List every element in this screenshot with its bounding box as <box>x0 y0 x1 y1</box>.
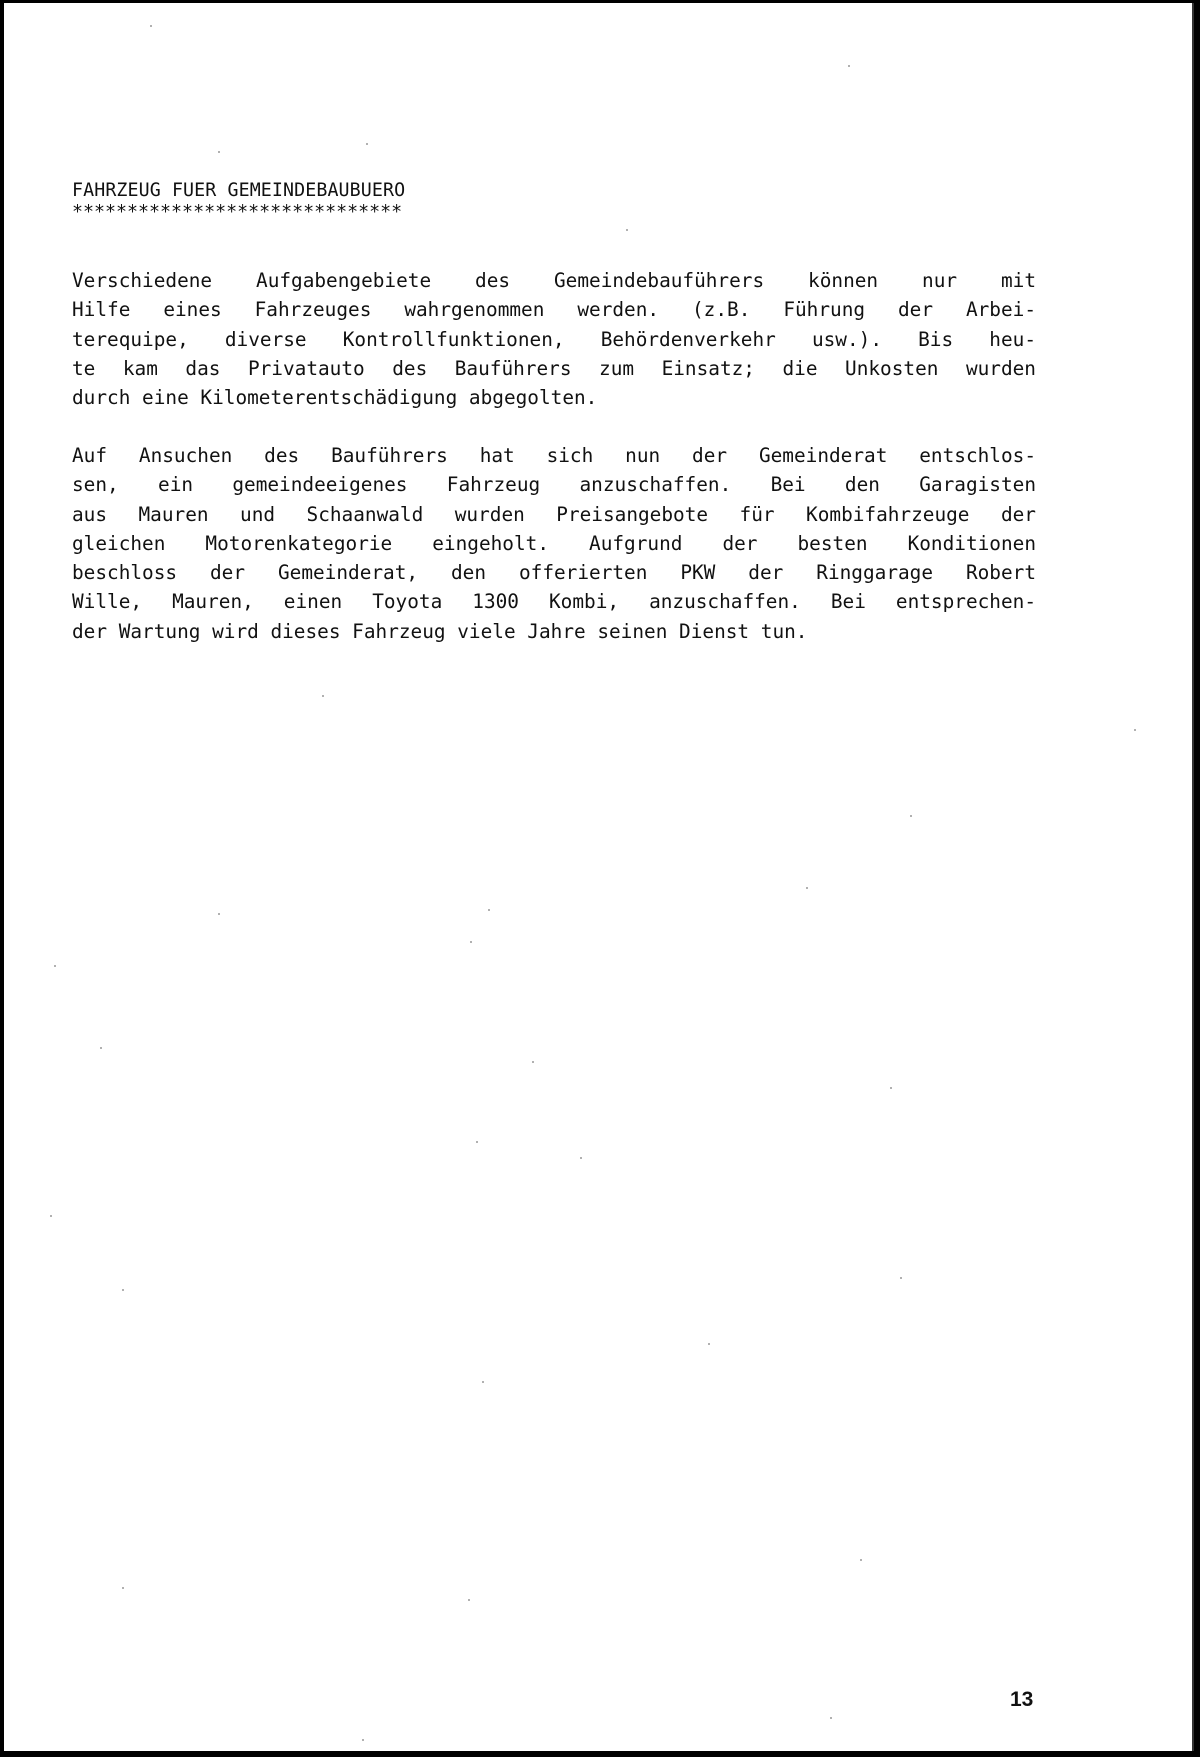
scan-speck <box>806 887 808 889</box>
paragraph-1: Verschiedene Aufgabengebiete des Gemeind… <box>72 266 1036 412</box>
scan-speck <box>468 1599 470 1601</box>
text-line: Wille, Mauren, einen Toyota 1300 Kombi, … <box>72 587 1036 616</box>
scan-speck <box>532 1061 534 1063</box>
scan-speck <box>218 913 220 915</box>
scan-speck <box>218 151 220 153</box>
text-line: beschloss der Gemeinderat, den offeriert… <box>72 558 1036 587</box>
text-line: der Wartung wird dieses Fahrzeug viele J… <box>72 617 1036 646</box>
scan-speck <box>50 1215 52 1217</box>
scan-speck <box>122 1289 124 1291</box>
scan-speck <box>1134 729 1136 731</box>
scan-speck <box>150 25 152 27</box>
scan-speck <box>482 1381 484 1383</box>
text-line: Hilfe eines Fahrzeuges wahrgenommen werd… <box>72 295 1036 324</box>
scan-speck <box>626 229 628 231</box>
scan-speck <box>54 965 56 967</box>
scan-speck <box>900 1277 902 1279</box>
scan-speck <box>476 1141 478 1143</box>
scan-speck <box>470 941 472 943</box>
scan-speck <box>708 1343 710 1345</box>
scan-speck <box>910 815 912 817</box>
scan-speck <box>100 1047 102 1049</box>
text-line: te kam das Privatauto des Bauführers zum… <box>72 354 1036 383</box>
scan-speck <box>362 1739 364 1741</box>
text-line: terequipe, diverse Kontrollfunktionen, B… <box>72 325 1036 354</box>
text-line: sen, ein gemeindeeigenes Fahrzeug anzusc… <box>72 470 1036 499</box>
text-line: Auf Ansuchen des Bauführers hat sich nun… <box>72 441 1036 470</box>
text-line: aus Mauren und Schaanwald wurden Preisan… <box>72 500 1036 529</box>
scan-speck <box>488 909 490 911</box>
text-line: gleichen Motorenkategorie eingeholt. Auf… <box>72 529 1036 558</box>
heading-underline: ****************************** <box>72 203 402 223</box>
scan-speck <box>860 1559 862 1561</box>
text-line: durch eine Kilometerentschädigung abgego… <box>72 383 1036 412</box>
paragraph-2: Auf Ansuchen des Bauführers hat sich nun… <box>72 441 1036 646</box>
text-line: Verschiedene Aufgabengebiete des Gemeind… <box>72 266 1036 295</box>
page-number: 13 <box>1010 1688 1033 1712</box>
scan-speck <box>830 1717 832 1719</box>
scan-speck <box>122 1587 124 1589</box>
scan-speck <box>322 695 324 697</box>
scan-speck <box>366 143 368 145</box>
scan-speck <box>848 65 850 67</box>
section-heading: FAHRZEUG FUER GEMEINDEBAUBUERO <box>72 180 405 201</box>
scan-speck <box>890 1087 892 1089</box>
document-page: FAHRZEUG FUER GEMEINDEBAUBUERO *********… <box>4 3 1194 1751</box>
scan-speck <box>580 1157 582 1159</box>
